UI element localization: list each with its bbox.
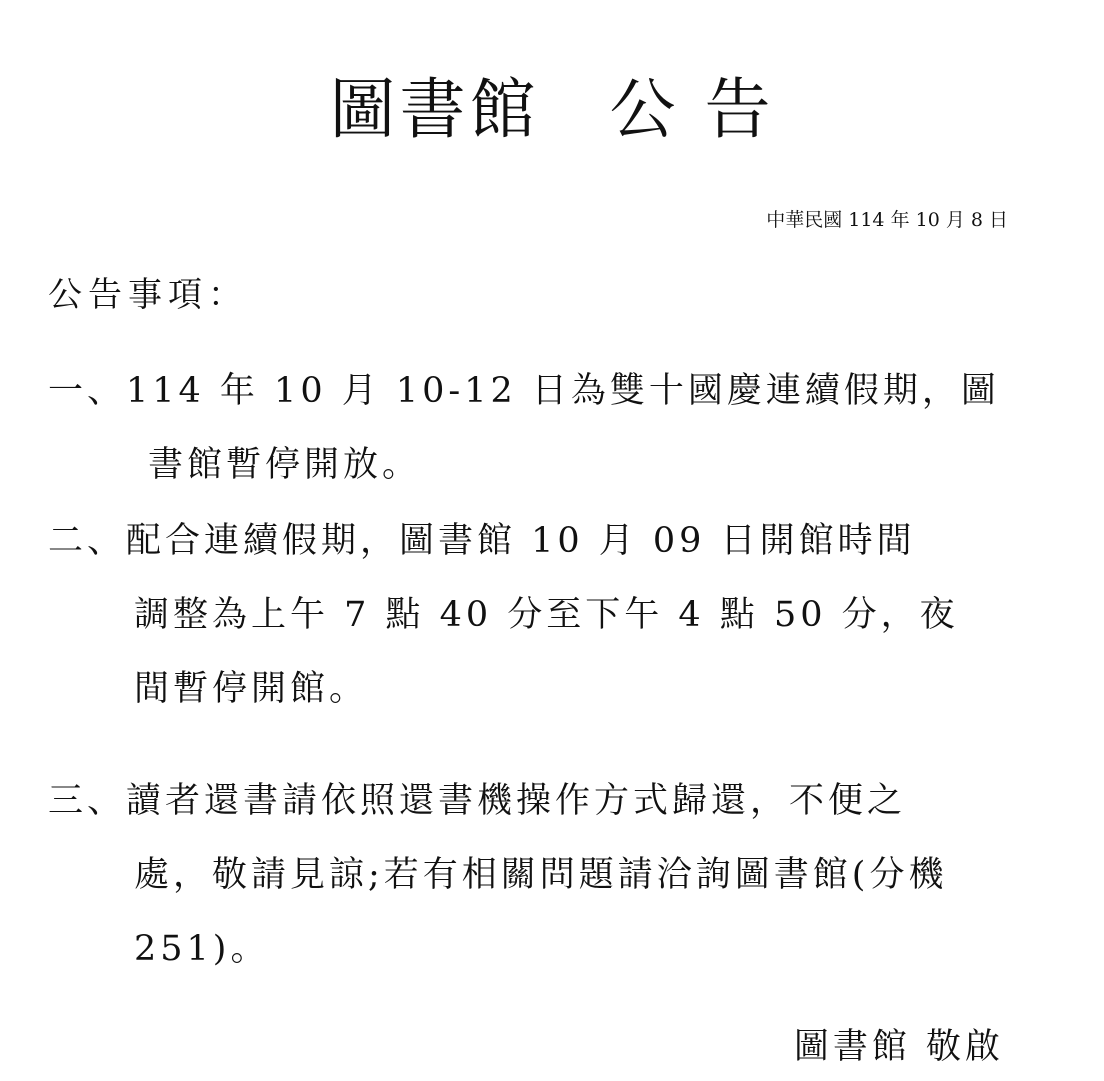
item-3-line-3: 251)。 xyxy=(48,922,1028,996)
document-title: 圖書館 公 告 xyxy=(0,68,1104,152)
announcement-date: 中華民國 114 年 10 月 8 日 xyxy=(766,206,1008,234)
item-3-line-1: 三、讀者還書請依照還書機操作方式歸還，不便之 xyxy=(48,774,1028,848)
signature: 圖書館 敬啟 xyxy=(794,1022,1004,1072)
announcement-item-2: 二、配合連續假期，圖書館 10 月 09 日開館時間 調整為上午 7 點 40 … xyxy=(48,514,1028,736)
item-3-line-2: 處，敬請見諒;若有相關問題請洽詢圖書館(分機 xyxy=(48,848,1028,922)
announcement-item-3: 三、讀者還書請依照還書機操作方式歸還，不便之 處，敬請見諒;若有相關問題請洽詢圖… xyxy=(48,774,1028,996)
announcement-item-1: 一、114 年 10 月 10-12 日為雙十國慶連續假期，圖 書館暫停開放。 xyxy=(48,364,1028,512)
item-1-line-1: 一、114 年 10 月 10-12 日為雙十國慶連續假期，圖 xyxy=(48,364,1028,438)
item-2-line-2: 調整為上午 7 點 40 分至下午 4 點 50 分，夜 xyxy=(48,588,1028,662)
item-2-line-1: 二、配合連續假期，圖書館 10 月 09 日開館時間 xyxy=(48,514,1028,588)
section-heading: 公告事項： xyxy=(48,272,248,318)
item-2-line-3: 間暫停開館。 xyxy=(48,662,1028,736)
item-1-line-2: 書館暫停開放。 xyxy=(48,438,1028,512)
